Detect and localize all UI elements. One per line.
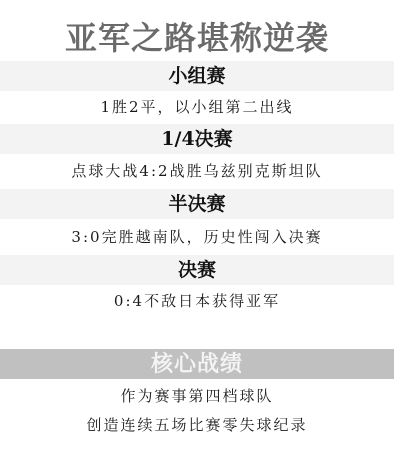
page-title: 亚军之路堪称逆袭 bbox=[0, 18, 394, 58]
core-record-heading: 核心战绩 bbox=[0, 349, 394, 379]
stage-detail-final: 0:4不敌日本获得亚军 bbox=[0, 290, 394, 312]
stage-detail-group: 1胜2平，以小组第二出线 bbox=[0, 96, 394, 118]
core-record-line-2: 创造连续五场比赛零失球纪录 bbox=[0, 414, 394, 436]
core-record-line-1: 作为赛事第四档球队 bbox=[0, 385, 394, 407]
stage-detail-semifinal: 3:0完胜越南队，历史性闯入决赛 bbox=[0, 226, 394, 248]
stage-heading-semifinal: 半决赛 bbox=[0, 189, 394, 219]
stage-heading-group: 小组赛 bbox=[0, 61, 394, 91]
stage-heading-final: 决赛 bbox=[0, 255, 394, 285]
stage-detail-quarterfinal: 点球大战4:2战胜乌兹别克斯坦队 bbox=[0, 160, 394, 182]
stage-heading-quarterfinal: 1/4决赛 bbox=[0, 124, 394, 154]
